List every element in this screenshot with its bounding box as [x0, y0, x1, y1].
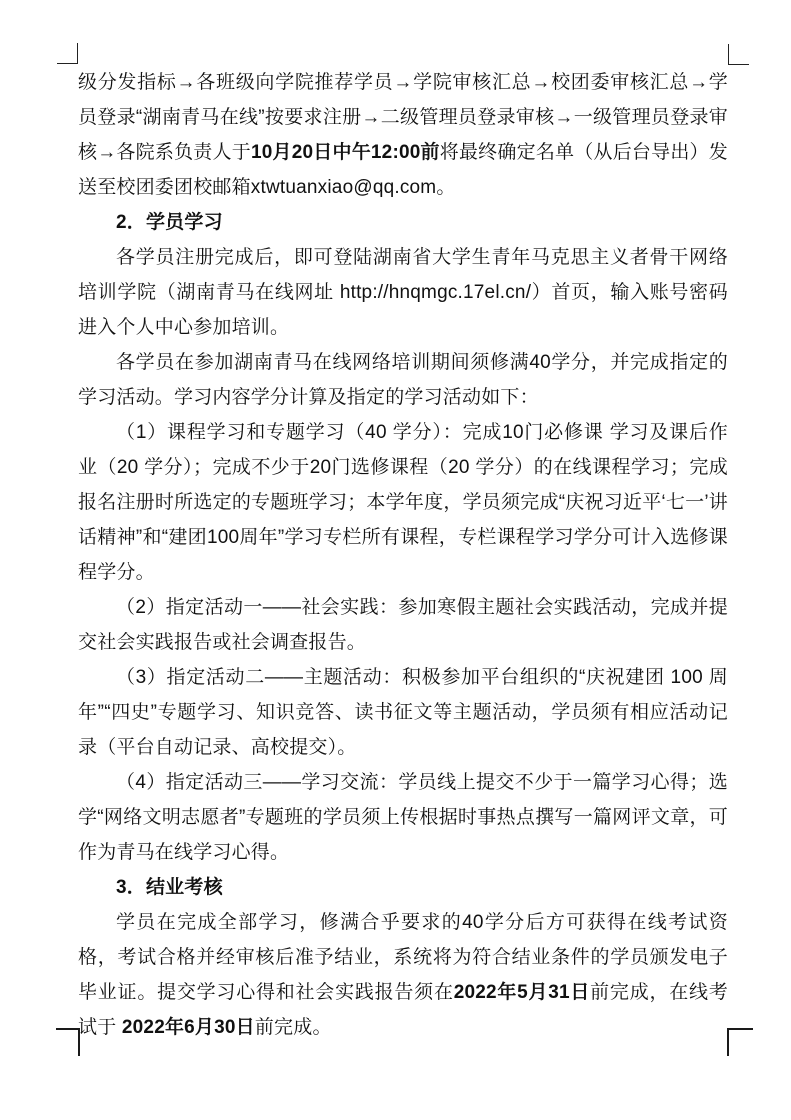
text-run: （1）课程学习和专题学习（40 学分）：完成10门必修课 学习及课后作业（20 … — [78, 422, 728, 583]
body-paragraph: 各学员在参加湖南青马在线网络培训期间须修满40学分，并完成指定的学习活动。学习内… — [78, 345, 728, 415]
document-page: 级分发指标→各班级向学院推荐学员→学院审核汇总→校团委审核汇总→学员登录“湖南青… — [0, 0, 791, 1120]
text-run: （2）指定活动一——社会实践：参加寒假主题社会实践活动，完成并提交社会实践报告或… — [78, 597, 728, 653]
body-paragraph: 学员在完成全部学习，修满合乎要求的40学分后方可获得在线考试资格，考试合格并经审… — [78, 905, 728, 1045]
body-paragraph: （4）指定活动三——学习交流：学员线上提交不少于一篇学习心得；选学“网络文明志愿… — [78, 765, 728, 870]
bold-text-run: 2022年5月31日 — [454, 982, 590, 1003]
body-paragraph: （2）指定活动一——社会实践：参加寒假主题社会实践活动，完成并提交社会实践报告或… — [78, 590, 728, 660]
text-run: 前完成。 — [255, 1017, 332, 1038]
body-paragraph: 级分发指标→各班级向学院推荐学员→学院审核汇总→校团委审核汇总→学员登录“湖南青… — [78, 65, 728, 205]
section-heading: 3．结业考核 — [78, 870, 728, 905]
body-paragraph: （3）指定活动二——主题活动：积极参加平台组织的“庆祝建团 100 周年”“四史… — [78, 660, 728, 765]
bold-text-run: 2．学员学习 — [116, 212, 223, 233]
crop-mark-bottom-right — [727, 1028, 753, 1056]
text-run: （4）指定活动三——学习交流：学员线上提交不少于一篇学习心得；选学“网络文明志愿… — [78, 772, 728, 863]
text-run: 各学员在参加湖南青马在线网络培训期间须修满40学分，并完成指定的学习活动。学习内… — [78, 352, 728, 408]
body-paragraph: （1）课程学习和专题学习（40 学分）：完成10门必修课 学习及课后作业（20 … — [78, 415, 728, 590]
section-heading: 2．学员学习 — [78, 205, 728, 240]
crop-mark-top-right — [728, 44, 749, 65]
crop-mark-top-left — [57, 43, 78, 64]
bold-text-run: 10月20日中午12:00前 — [251, 142, 440, 163]
bold-text-run: 2022年6月30日 — [122, 1017, 255, 1038]
crop-mark-bottom-left — [56, 1028, 80, 1056]
document-body: 级分发指标→各班级向学院推荐学员→学院审核汇总→校团委审核汇总→学员登录“湖南青… — [78, 65, 728, 1045]
text-run: 各学员注册完成后，即可登陆湖南省大学生青年马克思主义者骨干网络培训学院（湖南青马… — [78, 247, 728, 338]
bold-text-run: 3．结业考核 — [116, 877, 223, 898]
text-run: （3）指定活动二——主题活动：积极参加平台组织的“庆祝建团 100 周年”“四史… — [78, 667, 728, 758]
body-paragraph: 各学员注册完成后，即可登陆湖南省大学生青年马克思主义者骨干网络培训学院（湖南青马… — [78, 240, 728, 345]
